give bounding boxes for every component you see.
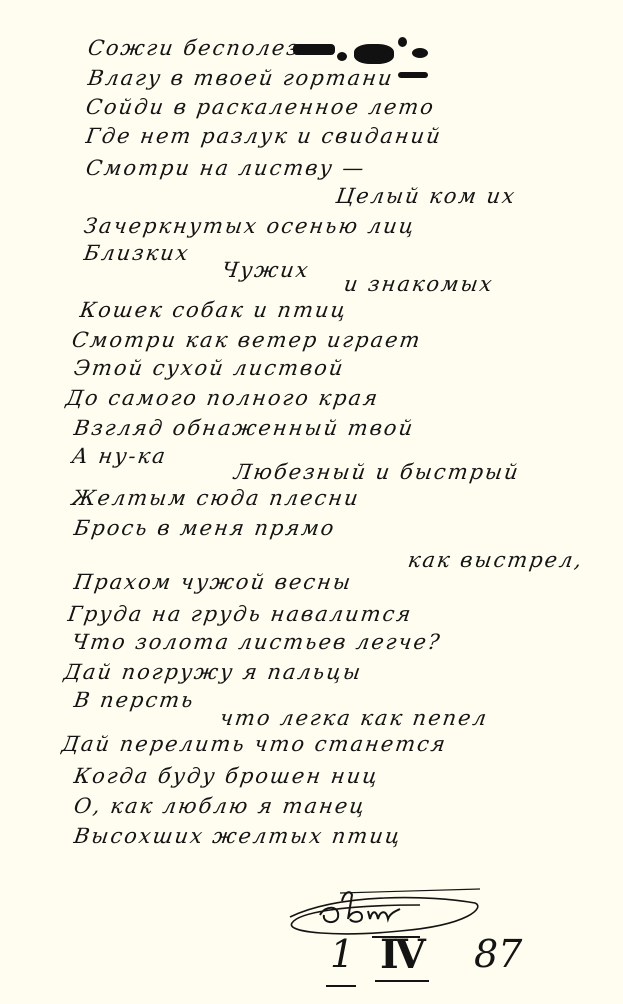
poem-line: Что золота листьев легче? [71,632,443,653]
date-day: 1 [330,935,354,973]
ink-blot [398,37,407,47]
poem-line: как выстрел, [407,550,585,571]
poem-line: Сойди в раскаленное лето [85,97,437,118]
poem-line: Кошек собак и птиц [79,300,349,321]
poem-line: А ну-ка [71,446,169,467]
ink-blot [337,52,347,61]
poem-line: Дай перелить что станется [61,734,449,755]
poem-line: Высохших желтых птиц [73,826,403,847]
date-year: 87 [474,935,522,973]
ink-blot [354,44,394,64]
date-month-overline [372,936,420,938]
poem-line: Взгляд обнаженный твой [73,418,416,439]
date-month: IV [380,935,422,975]
poem-line: Влагу в твоей гортани [87,68,396,89]
ink-blot [412,48,428,58]
poem-line: В персть [73,690,197,711]
poem-line: Целый ком их [335,186,518,207]
poem-line: Этой сухой листвой [73,358,346,379]
poem-line: Брось в меня прямо [73,518,337,539]
poem-line: Чужих [221,260,312,281]
poem-line: До самого полного края [65,388,381,409]
poem-line: Дай погружу я пальцы [63,662,364,683]
ink-blot [293,44,335,55]
poem-line: Зачеркнутых осенью лиц [83,216,417,237]
poem-line: Любезный и быстрый [233,462,522,483]
poem-line: Груда на грудь навалится [67,604,414,625]
poem-line: Близких [83,243,192,264]
poem-line: О, как люблю я танец [73,796,368,817]
poem-line: Смотри как ветер играет [71,330,423,351]
poem-line: что легка как пепел [219,708,490,729]
poem-line: Смотри на листву — [85,158,367,179]
poem-line: Желтым сюда плесни [71,488,362,509]
poem-line: Прахом чужой весны [73,572,354,593]
poem-line: Где нет разлук и свиданий [85,126,444,147]
ink-blot [398,72,428,78]
poem-line: Когда буду брошен ниц [73,766,381,787]
poem-line: Сожги бесполезн [87,38,318,59]
poem-line: и знакомых [343,274,496,295]
date-day-underline [326,985,356,987]
date-month-underline [375,980,429,982]
manuscript-page: Сожги бесполезнВлагу в твоей гортаниСойд… [0,0,623,1004]
